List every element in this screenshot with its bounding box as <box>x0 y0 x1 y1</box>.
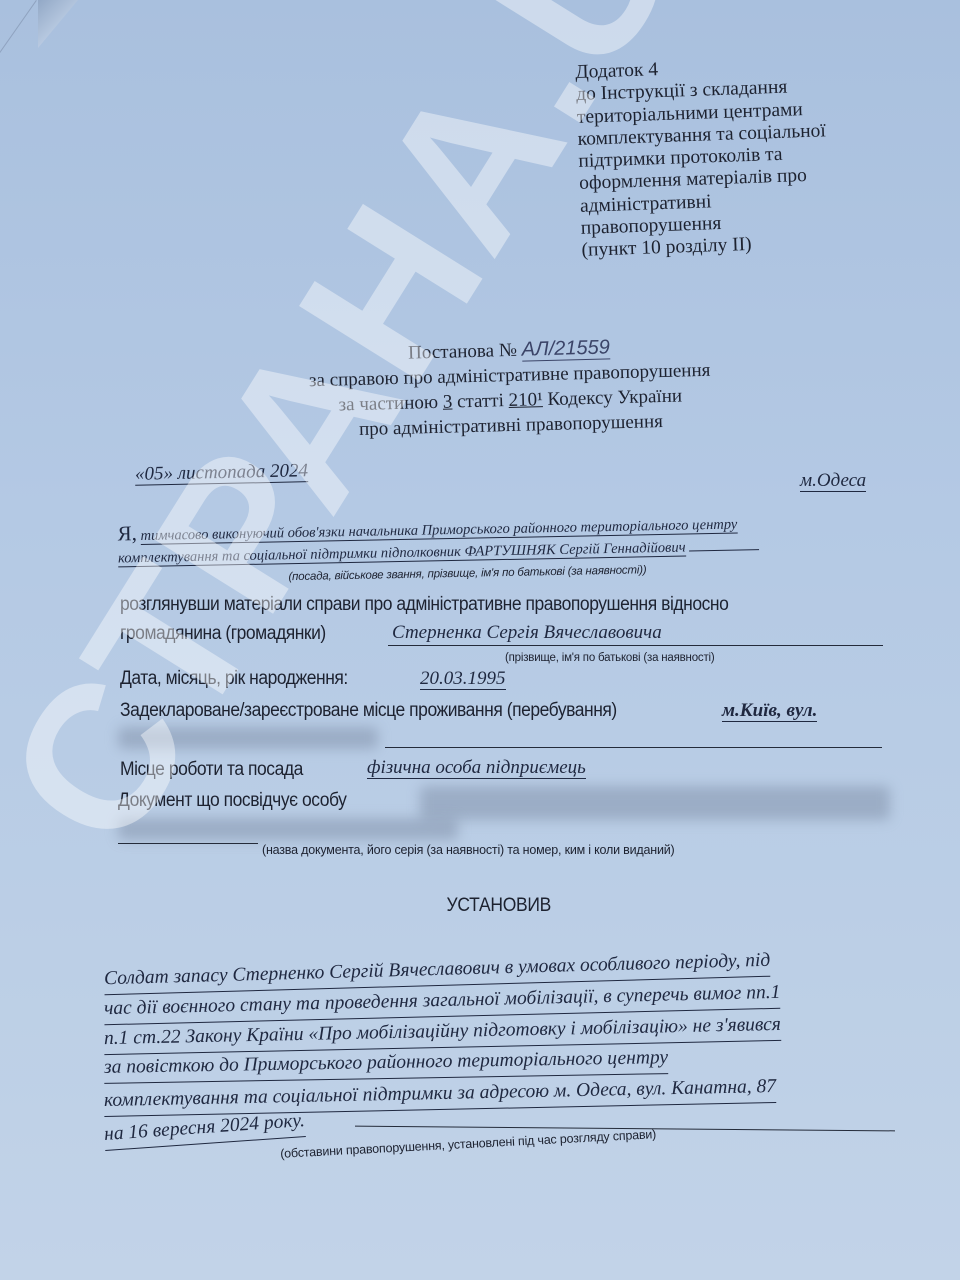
appendix-reference: Додаток 4 до Інструкції з складання тери… <box>575 52 882 263</box>
resolution-title: Постанова № АЛ/21559 за справою про адмі… <box>269 332 751 445</box>
redacted-document <box>420 786 890 820</box>
official-block: Я, тимчасово виконуючий обов'язки началь… <box>117 508 893 592</box>
citizen-underline <box>388 645 883 646</box>
resolution-date: «05» листопада 2024 <box>135 460 308 486</box>
residence-value: м.Київ, вул. <box>722 700 817 722</box>
article-number: 210¹ <box>508 389 543 411</box>
title-article-label: статті <box>457 390 504 412</box>
established-heading: УСТАНОВИВ <box>447 895 552 917</box>
document-page: Додаток 4 до Інструкції з складання тери… <box>0 0 960 1280</box>
citizen-label: громадянина (громадянки) <box>120 623 326 645</box>
document-underline <box>118 843 258 844</box>
document-hint: (назва документа, його серія (за наявнос… <box>262 843 674 857</box>
citizen-name: Стерненка Сергія Вячеславовича <box>392 622 662 644</box>
blank-line <box>689 549 759 551</box>
article-part: 3 <box>443 392 453 413</box>
address-underline <box>385 747 882 748</box>
title-code-label: Кодексу України <box>547 386 682 411</box>
resolution-label: Постанова № <box>408 340 517 364</box>
work-value: фізична особа підприємець <box>367 757 586 779</box>
resolution-city: м.Одеса <box>800 470 866 492</box>
considered-line: розглянувши матеріали справи про адмініс… <box>120 594 728 616</box>
residence-label: Задекларoване/зареєстроване місце прожив… <box>120 700 617 722</box>
circumstances-hint: (обставини правопорушення, установлені п… <box>280 1127 656 1161</box>
pronoun: Я, <box>117 521 137 545</box>
redacted-address <box>118 727 378 749</box>
fold-crease <box>0 0 37 60</box>
redacted-document-2 <box>118 818 458 840</box>
citizen-row: громадянина (громадянки) <box>120 623 344 645</box>
document-label: Документ що посвідчує особу <box>118 790 346 812</box>
dob-label: Дата, місяць, рік народження: <box>120 668 348 690</box>
dob-value: 20.03.1995 <box>420 668 506 690</box>
title-part-prefix: за частиною <box>338 392 438 416</box>
folded-corner <box>38 0 78 48</box>
citizen-hint: (прізвище, ім'я по батькові (за наявност… <box>505 652 715 664</box>
resolution-number: АЛ/21559 <box>521 336 610 361</box>
work-label: Місце роботи та посада <box>120 759 303 781</box>
